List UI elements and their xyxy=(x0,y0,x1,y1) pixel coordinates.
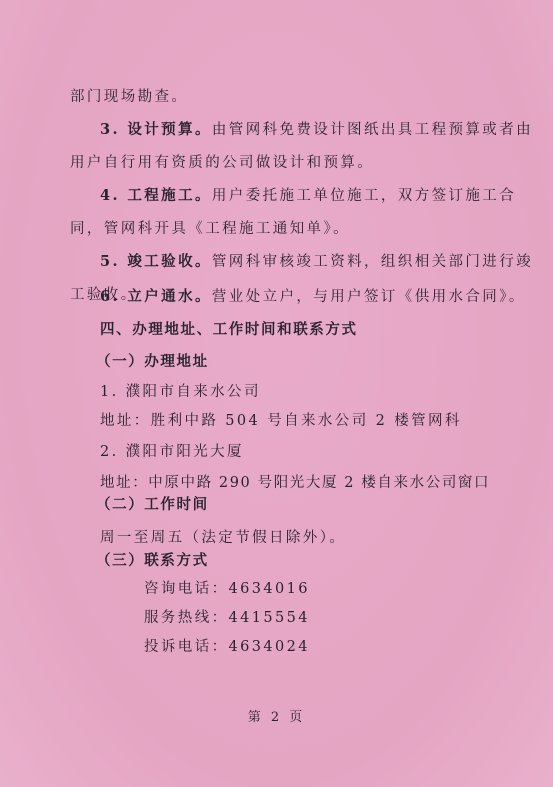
working-hours-text: 周一至周五（法定节假日除外）。 xyxy=(100,528,520,548)
paragraph-line: 用户自行用有资质的公司做设计和预算。 xyxy=(70,153,490,173)
step-4-construction: 4. 工程施工。用户委托施工单位施工，双方签订施工合 xyxy=(100,186,520,206)
contact-phone: 4634016 xyxy=(229,581,310,597)
page-number: 第 2 页 xyxy=(0,706,553,725)
contact-complaint: 投诉电话：4634024 xyxy=(144,637,553,657)
contact-hotline: 服务热线：4415554 xyxy=(144,608,553,628)
text: 同，管网科开具《工程施工通知单》。 xyxy=(70,221,350,237)
subsection-address-heading: （一）办理地址 xyxy=(96,352,516,372)
office-1-address: 地址：胜利中路 504 号自来水公司 2 楼管网科 xyxy=(100,411,520,431)
step-text: 管网科审核竣工资料，组织相关部门进行竣 xyxy=(212,254,533,270)
contact-consult: 咨询电话：4634016 xyxy=(144,579,553,599)
text: 部门现场勘查。 xyxy=(70,89,188,105)
step-text: 用户委托施工单位施工，双方签订施工合 xyxy=(212,188,516,204)
office-1-name: 1. 濮阳市自来水公司 xyxy=(100,382,520,402)
step-title: 4. 工程施工。 xyxy=(100,187,212,204)
contact-label: 咨询电话： xyxy=(144,581,229,597)
step-title: 5. 竣工验收。 xyxy=(100,253,212,270)
step-title: 6. 立户通水。 xyxy=(100,288,212,305)
text: 用户自行用有资质的公司做设计和预算。 xyxy=(70,155,374,171)
paragraph-line: 同，管网科开具《工程施工通知单》。 xyxy=(70,219,490,239)
step-3-design-budget: 3. 设计预算。由管网科免费设计图纸出具工程预算或者由 xyxy=(100,120,520,140)
subsection-hours-heading: （二）工作时间 xyxy=(96,495,516,515)
contact-phone: 4634024 xyxy=(229,639,310,655)
office-2-address: 地址：中原中路 290 号阳光大厦 2 楼自来水公司窗口 xyxy=(100,473,520,493)
step-title: 3. 设计预算。 xyxy=(100,121,212,138)
document-page: 部门现场勘查。 3. 设计预算。由管网科免费设计图纸出具工程预算或者由 用户自行… xyxy=(0,0,553,787)
step-text: 营业处立户，与用户签订《供用水合同》。 xyxy=(212,289,526,305)
subsection-contact-heading: （三）联系方式 xyxy=(96,551,516,571)
step-5-acceptance: 5. 竣工验收。管网科审核竣工资料，组织相关部门进行竣 xyxy=(100,252,520,272)
contact-phone: 4415554 xyxy=(229,610,310,626)
step-text: 由管网科免费设计图纸出具工程预算或者由 xyxy=(212,122,533,138)
contact-label: 服务热线： xyxy=(144,610,229,626)
contact-label: 投诉电话： xyxy=(144,639,229,655)
paragraph-line: 部门现场勘查。 xyxy=(70,87,490,107)
section-4-heading: 四、办理地址、工作时间和联系方式 xyxy=(100,320,520,340)
office-2-name: 2. 濮阳市阳光大厦 xyxy=(100,442,520,462)
step-6-line: 6. 立户通水。营业处立户，与用户签订《供用水合同》。 xyxy=(100,287,520,307)
